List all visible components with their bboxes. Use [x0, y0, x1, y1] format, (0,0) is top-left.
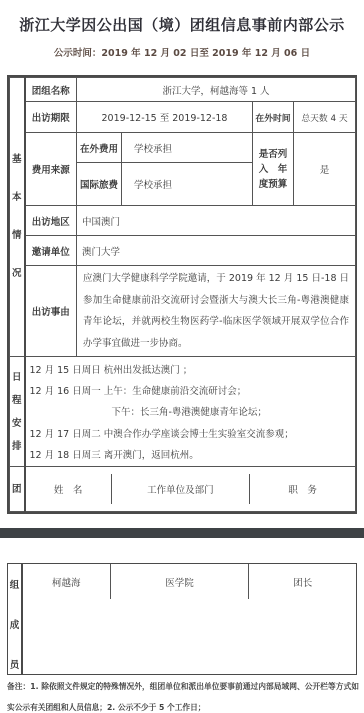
row-region: 出访地区 中国澳门	[10, 206, 356, 236]
purpose-label: 出访事由	[25, 266, 77, 357]
section-schedule-text: 日程安排	[11, 366, 22, 458]
budget-value: 是	[294, 133, 356, 206]
inviter-value: 澳门大学	[77, 236, 356, 266]
section-basic-text: 基本情况	[11, 141, 22, 293]
budget-label: 是否列 入 年 度预算	[253, 133, 294, 206]
schedule-line: 12 月 16 日周一 上午：生命健康前沿交流研讨会；	[30, 381, 352, 402]
region-value: 中国澳门	[77, 206, 356, 236]
member-unit: 医学院	[110, 564, 250, 599]
visit-period-label: 出访期限	[25, 102, 77, 133]
section-label-members-part1: 团	[10, 467, 25, 512]
schedule-content: 12 月 15 日周日 杭州出发抵达澳门 ； 12 月 16 日周一 上午：生命…	[25, 357, 356, 467]
purpose-value: 应澳门大学健康科学学院邀请，于 2019 年 12 月 15 日-18 日参加生…	[77, 266, 356, 357]
member-header-unit: 工作单位及部门	[112, 468, 250, 511]
visit-period-value: 2019-12-15 至 2019-12-18	[77, 102, 253, 133]
funding-item2-label: 国际旅费	[77, 163, 122, 206]
schedule-line: 12 月 15 日周日 杭州出发抵达澳门 ；	[30, 360, 352, 381]
row-inviter: 邀请单位 澳门大学	[10, 236, 356, 266]
page-1: 浙江大学因公出国（境）团组信息事前内部公示 公示时间：2019 年 12 月 0…	[0, 0, 364, 59]
notice-table: 基本情况 团组名称 浙江大学，柯越海等 1 人 出访期限 2019-12-15 …	[7, 75, 357, 514]
row-member-header: 团 姓 名 工作单位及部门 职 务	[10, 467, 356, 512]
remark-note: 备注：1. 除依照文件规定的特殊情况外，组团单位和派出单位要事前通过内部局域网、…	[7, 676, 359, 713]
funding-item2-value: 学校承担	[122, 163, 253, 206]
section-label-members-part2: 组成员	[8, 564, 23, 674]
member-header-title: 职 务	[250, 468, 355, 511]
member-row: 柯越海 医学院 团长	[23, 564, 356, 599]
member-header-row: 姓 名 工作单位及部门 职 务	[26, 468, 356, 511]
row-group-name: 基本情况 团组名称 浙江大学，柯越海等 1 人	[10, 78, 356, 102]
section-members-part1-text: 团	[11, 484, 22, 495]
members-table-main: 柯越海 医学院 团长	[23, 564, 356, 674]
member-header-name: 姓 名	[26, 468, 111, 511]
section-label-basic: 基本情况	[10, 78, 25, 357]
region-label: 出访地区	[25, 206, 77, 236]
members-empty-area	[23, 599, 356, 674]
schedule-line: 下午：长三角-粤港澳健康青年论坛；	[30, 402, 352, 423]
publish-period: 公示时间：2019 年 12 月 02 日至 2019 年 12 月 06 日	[0, 45, 364, 59]
abroad-days-value: 总天数 4 天	[294, 102, 356, 133]
funding-label: 费用来源	[25, 133, 77, 206]
inviter-label: 邀请单位	[25, 236, 77, 266]
group-name-value: 浙江大学，柯越海等 1 人	[77, 78, 356, 102]
row-schedule: 日程安排 12 月 15 日周日 杭州出发抵达澳门 ； 12 月 16 日周一 …	[10, 357, 356, 467]
member-header-cells: 姓 名 工作单位及部门 职 务	[25, 467, 356, 512]
row-funding-1: 费用来源 在外费用 学校承担 是否列 入 年 度预算 是	[10, 133, 356, 163]
row-purpose: 出访事由 应澳门大学健康科学学院邀请，于 2019 年 12 月 15 日-18…	[10, 266, 356, 357]
page-title: 浙江大学因公出国（境）团组信息事前内部公示	[0, 0, 364, 35]
member-title: 团长	[249, 564, 356, 599]
member-name: 柯越海	[23, 564, 110, 599]
group-name-label: 团组名称	[25, 78, 77, 102]
row-visit-period: 出访期限 2019-12-15 至 2019-12-18 在外时间 总天数 4 …	[10, 102, 356, 133]
members-table: 组成员 柯越海 医学院 团长	[7, 563, 357, 675]
schedule-line: 12 月 17 日周二 中澳合作办学座谈会博士生实验室交流参观；	[30, 424, 352, 445]
abroad-time-label: 在外时间	[253, 102, 294, 133]
page-separator-bar	[0, 528, 364, 538]
schedule-line: 12 月 18 日周三 离开澳门，返回杭州。	[30, 445, 352, 466]
section-members-part2-text: 组成员	[9, 566, 20, 686]
funding-item1-value: 学校承担	[122, 133, 253, 163]
basic-info-table: 基本情况 团组名称 浙江大学，柯越海等 1 人 出访期限 2019-12-15 …	[9, 77, 356, 512]
funding-item1-label: 在外费用	[77, 133, 122, 163]
section-label-schedule: 日程安排	[10, 357, 25, 467]
